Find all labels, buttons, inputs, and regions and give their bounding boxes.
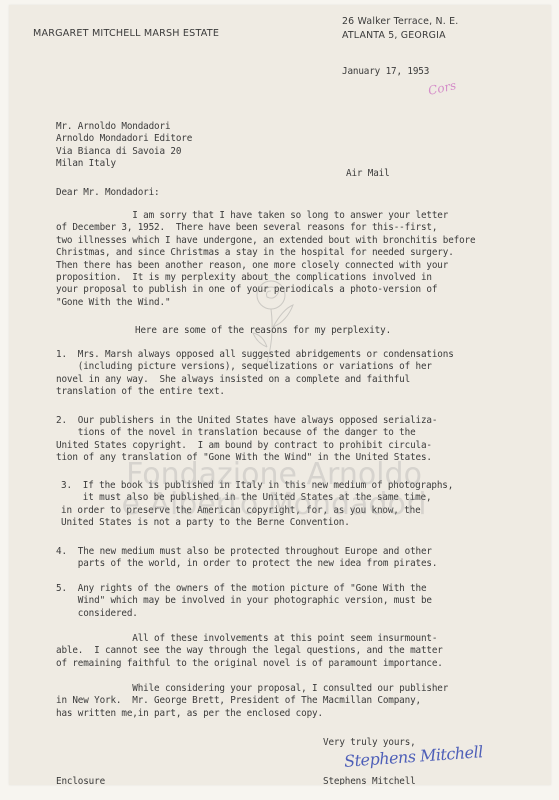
letterhead-estate-name: MARGARET MITCHELL MARSH ESTATE [33,28,219,39]
handwritten-annotation: Cors [427,78,458,98]
letterhead-address: 26 Walker Terrace, N. E. ATLANTA 5, GEOR… [342,15,458,43]
reason-item-5: 5. Any rights of the owners of the motio… [56,583,432,620]
salutation: Dear Mr. Mondadori: [56,187,160,199]
recipient-address: Mr. Arnoldo Mondadori Arnoldo Mondadori … [56,121,192,171]
delivery-method: Air Mail [346,168,390,180]
letter-page: MARGARET MITCHELL MARSH ESTATE 26 Walker… [9,5,551,785]
letter-date: January 17, 1953 [342,66,429,78]
body-paragraph-3: While considering your proposal, I consu… [56,683,448,720]
reason-item-4: 4. The new medium must also be protected… [56,546,437,571]
address-line-2: ATLANTA 5, GEORGIA [342,29,458,43]
reason-item-2: 2. Our publishers in the United States h… [56,415,437,465]
address-line-1: 26 Walker Terrace, N. E. [342,15,458,29]
body-paragraph-2: All of these involvements at this point … [56,633,443,670]
reason-item-3: 3. If the book is published in Italy in … [61,480,453,530]
body-paragraph-1: I am sorry that I have taken so long to … [56,210,475,309]
reasons-intro: Here are some of the reasons for my perp… [135,325,391,337]
signer-name: Stephens Mitchell [323,776,416,785]
reason-item-1: 1. Mrs. Marsh always opposed all suggest… [56,349,454,399]
enclosure-note: Enclosure [56,776,105,785]
